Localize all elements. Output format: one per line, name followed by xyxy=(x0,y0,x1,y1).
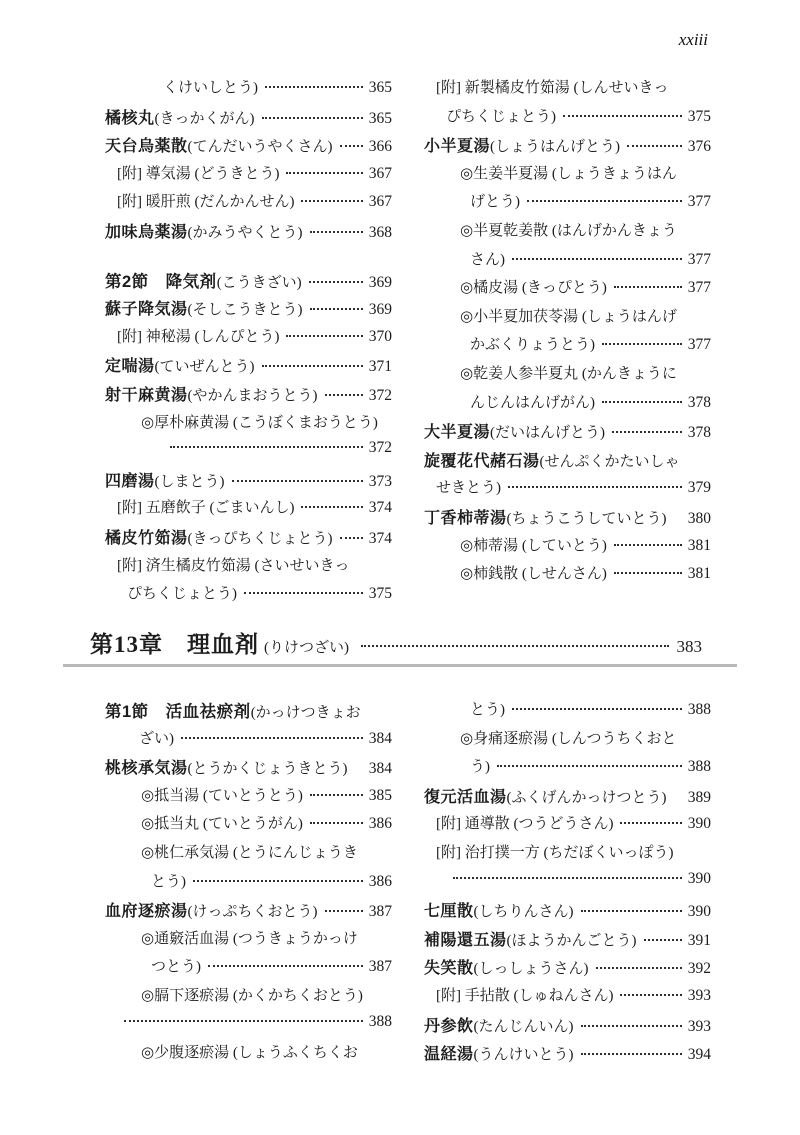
page-ref: 393 xyxy=(688,987,711,1005)
entry-text: (しちりんさん) xyxy=(474,900,574,921)
page-ref: 377 xyxy=(688,193,711,211)
entry-text: ◎桃仁承気湯 (とうにんじょうき xyxy=(141,841,358,862)
dot-leader xyxy=(244,592,363,594)
toc-line: ◎生姜半夏湯 (しょうきょうはん xyxy=(424,162,711,191)
toc-line: 失笑散 (しっしょうさん)392 xyxy=(424,955,711,984)
entry-text: [附] 済生橘皮竹筎湯 (さいせいきっ xyxy=(117,554,350,575)
toc-line: う)388 xyxy=(424,755,711,784)
dot-leader xyxy=(301,200,362,202)
page-ref: 372 xyxy=(369,387,392,405)
toc-line: [附] 暖肝煎 (だんかんせん)367 xyxy=(105,190,392,219)
toc-line: 大半夏湯 (だいはんげとう)378 xyxy=(424,419,711,448)
toc-line: さん)377 xyxy=(424,248,711,277)
page-ref: 389 xyxy=(688,789,711,807)
entry-text: さん) xyxy=(470,248,505,269)
toc-line: [附] 手拈散 (しゅねんさん)393 xyxy=(424,984,711,1013)
dot-leader xyxy=(124,1020,363,1022)
page-ref: 378 xyxy=(688,394,711,412)
entry-text: つとう) xyxy=(151,955,201,976)
entry-text: (うんけいとう) xyxy=(474,1043,574,1064)
page-ref: 385 xyxy=(369,787,392,805)
entry-text: とう) xyxy=(151,870,186,891)
chapter-title: 第13章 理血剤 xyxy=(90,626,259,659)
entry-text: げとう) xyxy=(470,190,520,211)
toc-line: とう)388 xyxy=(424,698,711,727)
toc-line: [附] 済生橘皮竹筎湯 (さいせいきっ xyxy=(105,554,392,583)
page-ref: 378 xyxy=(688,424,711,442)
entry-text: (かっけつきょお xyxy=(251,701,361,722)
entry-text: [附] 新製橘皮竹筎湯 (しんせいきっ xyxy=(436,76,669,97)
entry-name: 橘核丸 xyxy=(105,105,155,128)
page-ref: 367 xyxy=(369,193,392,211)
dot-leader xyxy=(596,967,682,969)
page-ref: 384 xyxy=(369,730,392,748)
entry-text: [附] 治打撲一方 (ちだぼくいっぽう) xyxy=(436,841,673,862)
page-ref: 393 xyxy=(688,1018,711,1036)
entry-text: [附] 五磨飲子 (ごまいんし) xyxy=(117,496,294,517)
entry-name: 七厘散 xyxy=(424,898,474,921)
entry-text: (そしこうきとう) xyxy=(188,298,303,319)
toc-column-bottom-left: 第1節 活血祛瘀剤 (かっけつきょおざい)384桃核承気湯 (とうかくじょうきと… xyxy=(105,698,392,1070)
entry-name: 大半夏湯 xyxy=(424,419,490,442)
entry-name: 失笑散 xyxy=(424,955,474,978)
page-ref: 377 xyxy=(688,336,711,354)
entry-text: (やかんまおうとう) xyxy=(188,384,318,405)
dot-leader xyxy=(301,506,362,508)
dot-leader xyxy=(508,486,682,488)
page-ref: 365 xyxy=(369,110,392,128)
page-ref: 388 xyxy=(688,701,711,719)
entry-name: 第2節 降気剤 xyxy=(105,268,217,292)
page-ref: 374 xyxy=(369,499,392,517)
toc-line: [附] 通導散 (つうどうさん)390 xyxy=(424,812,711,841)
entry-text: ◎生姜半夏湯 (しょうきょうはん xyxy=(460,162,677,183)
entry-name: 補陽還五湯 xyxy=(424,927,507,950)
entry-text: ◎厚朴麻黄湯 (こうぼくまおうとう) xyxy=(141,411,378,432)
dot-leader xyxy=(627,145,682,147)
entry-text: (せんぷくかたいしゃ xyxy=(540,450,680,471)
dot-leader xyxy=(262,365,363,367)
page-ref: 381 xyxy=(688,537,711,555)
page-ref: 373 xyxy=(369,473,392,491)
toc-line: ぴちくじょとう)375 xyxy=(105,582,392,611)
entry-text: う) xyxy=(470,755,490,776)
entry-name: 天台烏薬散 xyxy=(105,133,188,156)
toc-line: 丁香柿蒂湯 (ちょうこうしていとう)380 xyxy=(424,505,711,534)
entry-text: (てんだいうやくさん) xyxy=(188,135,333,156)
entry-text: (しょうはんげとう) xyxy=(490,135,620,156)
page-ref: 379 xyxy=(688,479,711,497)
dot-leader xyxy=(286,172,362,174)
toc-column-top-left: くけいしとう)365橘核丸 (きっかくがん)365天台烏薬散 (てんだいうやくさ… xyxy=(105,76,392,611)
toc-line: ◎身痛逐瘀湯 (しんつうちくおと xyxy=(424,727,711,756)
entry-name: 血府逐瘀湯 xyxy=(105,898,188,921)
toc-line: 復元活血湯 (ふくげんかっけつとう)389 xyxy=(424,784,711,813)
page-ref: 384 xyxy=(369,760,392,778)
dot-leader xyxy=(310,308,363,310)
page-number: xxiii xyxy=(679,30,708,50)
page-ref: 386 xyxy=(369,873,392,891)
page-ref: 390 xyxy=(688,903,711,921)
entry-text: (だいはんげとう) xyxy=(490,421,605,442)
entry-text: (とうかくじょうきとう) xyxy=(188,757,348,778)
entry-text: んじんはんげがん) xyxy=(470,391,595,412)
page-ref: 365 xyxy=(369,79,392,97)
dot-leader xyxy=(620,822,681,824)
dot-leader xyxy=(310,231,363,233)
entry-text: (けっぷちくおとう) xyxy=(188,900,318,921)
entry-name: 定喘湯 xyxy=(105,353,155,376)
entry-text: かぶくりょうとう) xyxy=(470,333,595,354)
toc-line: [附] 新製橘皮竹筎湯 (しんせいきっ xyxy=(424,76,711,105)
entry-text: [附] 通導散 (つうどうさん) xyxy=(436,812,613,833)
toc-line: とう)386 xyxy=(105,870,392,899)
entry-name: 温経湯 xyxy=(424,1041,474,1064)
entry-text: (きっぴちくじょとう) xyxy=(188,527,333,548)
toc-line: 橘核丸 (きっかくがん)365 xyxy=(105,105,392,134)
toc-line: 蘇子降気湯 (そしこうきとう)369 xyxy=(105,296,392,325)
dot-leader xyxy=(340,537,363,539)
toc-line: ◎柿蒂湯 (していとう)381 xyxy=(424,534,711,563)
entry-text: ざい) xyxy=(139,727,174,748)
page-ref: 388 xyxy=(688,758,711,776)
entry-text: [附] 神秘湯 (しんぴとう) xyxy=(117,325,279,346)
toc-line: ◎半夏乾姜散 (はんげかんきょう xyxy=(424,219,711,248)
entry-name: 射干麻黄湯 xyxy=(105,382,188,405)
entry-text: ぴちくじょとう) xyxy=(446,105,556,126)
toc-column-bottom-right: とう)388◎身痛逐瘀湯 (しんつうちくおとう)388復元活血湯 (ふくげんかっ… xyxy=(424,698,711,1070)
page-ref: 387 xyxy=(369,958,392,976)
toc-line: かぶくりょうとう)377 xyxy=(424,333,711,362)
entry-text: ◎身痛逐瘀湯 (しんつうちくおと xyxy=(460,727,677,748)
page-ref: 386 xyxy=(369,815,392,833)
toc-line: 天台烏薬散 (てんだいうやくさん)366 xyxy=(105,133,392,162)
dot-leader xyxy=(286,335,362,337)
dot-leader xyxy=(614,544,682,546)
page-ref: 377 xyxy=(688,251,711,269)
entry-text: ◎通竅活血湯 (つうきょうかっけ xyxy=(141,927,358,948)
page-ref: 367 xyxy=(369,165,392,183)
toc-column-top-right: [附] 新製橘皮竹筎湯 (しんせいきっぴちくじょとう)375小半夏湯 (しょうは… xyxy=(424,76,711,611)
toc-line: 旋覆花代赭石湯 (せんぷくかたいしゃ xyxy=(424,448,711,477)
toc-line: 七厘散 (しちりんさん)390 xyxy=(424,898,711,927)
dot-leader xyxy=(340,145,363,147)
toc-line: つとう)387 xyxy=(105,955,392,984)
entry-text: せきとう) xyxy=(436,476,501,497)
entry-text: ◎抵当丸 (ていとうがん) xyxy=(141,812,303,833)
page-ref: 372 xyxy=(369,439,392,457)
chapter-page-ref: 383 xyxy=(677,637,703,657)
entry-text: ◎半夏乾姜散 (はんげかんきょう xyxy=(460,219,677,240)
entry-name: 旋覆花代赭石湯 xyxy=(424,448,540,471)
toc-line: 橘皮竹筎湯 (きっぴちくじょとう)374 xyxy=(105,525,392,554)
page-ref: 369 xyxy=(369,274,392,292)
toc-line: 小半夏湯 (しょうはんげとう)376 xyxy=(424,133,711,162)
entry-name: 復元活血湯 xyxy=(424,784,507,807)
page-ref: 394 xyxy=(688,1046,711,1064)
page-ref: 392 xyxy=(688,960,711,978)
dot-leader xyxy=(527,200,682,202)
toc-line: ◎厚朴麻黄湯 (こうぼくまおうとう) xyxy=(105,411,392,440)
toc-line: ◎柿銭散 (しせんさん)381 xyxy=(424,562,711,591)
toc-line: ◎乾姜人参半夏丸 (かんきょうに xyxy=(424,362,711,391)
dot-leader xyxy=(512,708,682,710)
entry-text: (ちょうこうしていとう) xyxy=(507,507,667,528)
entry-text: (かみうやくとう) xyxy=(188,221,303,242)
toc-line: ◎橘皮湯 (きっぴとう)377 xyxy=(424,276,711,305)
dot-leader xyxy=(453,877,682,879)
toc-line: げとう)377 xyxy=(424,190,711,219)
entry-text: ◎柿蒂湯 (していとう) xyxy=(460,534,607,555)
dot-leader xyxy=(581,1025,682,1027)
dot-leader xyxy=(614,572,682,574)
entry-name: 橘皮竹筎湯 xyxy=(105,525,188,548)
page-ref: 376 xyxy=(688,138,711,156)
dot-leader xyxy=(602,343,682,345)
toc-line: 加味烏薬湯 (かみうやくとう)368 xyxy=(105,219,392,248)
dot-leader xyxy=(262,117,363,119)
page-ref: 391 xyxy=(688,932,711,950)
toc-line: ぴちくじょとう)375 xyxy=(424,105,711,134)
book-page: xxiii くけいしとう)365橘核丸 (きっかくがん)365天台烏薬散 (てん… xyxy=(0,0,800,1135)
dot-leader xyxy=(620,994,681,996)
section-divider-rule xyxy=(63,664,737,667)
toc-section-line: 第1節 活血祛瘀剤 (かっけつきょお xyxy=(105,698,392,727)
entry-text: (こうきざい) xyxy=(217,271,302,292)
dot-leader xyxy=(563,115,682,117)
entry-text: [附] 手拈散 (しゅねんさん) xyxy=(436,984,613,1005)
toc-line: ざい)384 xyxy=(105,727,392,756)
entry-text: (きっかくがん) xyxy=(155,107,255,128)
toc-line: ◎小半夏加茯苓湯 (しょうはんげ xyxy=(424,305,711,334)
toc-line: ◎膈下逐瘀湯 (かくかちくおとう) xyxy=(105,984,392,1013)
toc-line: 四磨湯 (しまとう)373 xyxy=(105,468,392,497)
entry-text: ◎少腹逐瘀湯 (しょうふくちくお xyxy=(141,1041,358,1062)
chapter-heading: 第13章 理血剤 (りけつざい) 383 xyxy=(90,626,702,659)
entry-text: (たんじんいん) xyxy=(474,1015,574,1036)
page-ref: 387 xyxy=(369,903,392,921)
page-ref: 366 xyxy=(369,138,392,156)
page-ref: 377 xyxy=(688,279,711,297)
entry-text: ◎乾姜人参半夏丸 (かんきょうに xyxy=(460,362,677,383)
entry-text: とう) xyxy=(470,698,505,719)
entry-name: 蘇子降気湯 xyxy=(105,296,188,319)
entry-name: 丁香柿蒂湯 xyxy=(424,505,507,528)
entry-text: (しまとう) xyxy=(155,470,225,491)
dot-leader xyxy=(193,880,363,882)
dot-leader xyxy=(232,480,363,482)
toc-line: 桃核承気湯 (とうかくじょうきとう)384 xyxy=(105,755,392,784)
chapter-reading: (りけつざい) xyxy=(264,636,349,657)
dot-leader xyxy=(644,939,682,941)
toc-line: 丹参飲 (たんじんいん)393 xyxy=(424,1013,711,1042)
page-ref: 371 xyxy=(369,358,392,376)
toc-line: [附] 五磨飲子 (ごまいんし)374 xyxy=(105,496,392,525)
entry-text: ◎抵当湯 (ていとうとう) xyxy=(141,784,303,805)
toc-line: [附] 治打撲一方 (ちだぼくいっぽう) xyxy=(424,841,711,870)
toc-line: 372 xyxy=(105,439,392,468)
toc-line: 補陽還五湯 (ほようかんごとう)391 xyxy=(424,927,711,956)
dot-leader xyxy=(581,910,682,912)
toc-line: 388 xyxy=(105,1013,392,1042)
toc-line: ◎抵当丸 (ていとうがん)386 xyxy=(105,812,392,841)
entry-name: 第1節 活血祛瘀剤 xyxy=(105,698,251,722)
dot-leader xyxy=(265,86,363,88)
entry-text: (ていぜんとう) xyxy=(155,355,255,376)
toc-line: ◎少腹逐瘀湯 (しょうふくちくお xyxy=(105,1041,392,1070)
page-ref: 375 xyxy=(688,108,711,126)
toc-line: くけいしとう)365 xyxy=(105,76,392,105)
dot-leader xyxy=(497,765,682,767)
dot-leader xyxy=(361,645,669,647)
toc-section-line: 第2節 降気剤 (こうきざい)369 xyxy=(105,268,392,297)
entry-text: ◎小半夏加茯苓湯 (しょうはんげ xyxy=(460,305,677,326)
page-ref: 388 xyxy=(369,1013,392,1031)
dot-leader xyxy=(581,1053,682,1055)
dot-leader xyxy=(512,258,682,260)
entry-text: ◎膈下逐瘀湯 (かくかちくおとう) xyxy=(141,984,363,1005)
page-ref: 374 xyxy=(369,530,392,548)
dot-leader xyxy=(309,281,363,283)
entry-name: 四磨湯 xyxy=(105,468,155,491)
toc-line: [附] 導気湯 (どうきとう)367 xyxy=(105,162,392,191)
entry-text: (ほようかんごとう) xyxy=(507,929,637,950)
toc-line: [附] 神秘湯 (しんぴとう)370 xyxy=(105,325,392,354)
entry-text: ◎柿銭散 (しせんさん) xyxy=(460,562,607,583)
entry-name: 加味烏薬湯 xyxy=(105,219,188,242)
page-ref: 381 xyxy=(688,565,711,583)
dot-leader xyxy=(181,737,363,739)
dot-leader xyxy=(612,431,682,433)
page-ref: 390 xyxy=(688,815,711,833)
page-ref: 368 xyxy=(369,224,392,242)
dot-leader xyxy=(602,401,682,403)
page-ref: 370 xyxy=(369,328,392,346)
dot-leader xyxy=(325,910,363,912)
page-ref: 380 xyxy=(688,510,711,528)
toc-line: 定喘湯 (ていぜんとう)371 xyxy=(105,353,392,382)
toc-line: 390 xyxy=(424,870,711,899)
toc-bottom-section: 第1節 活血祛瘀剤 (かっけつきょおざい)384桃核承気湯 (とうかくじょうきと… xyxy=(105,698,711,1070)
dot-leader xyxy=(310,822,363,824)
dot-leader xyxy=(310,794,363,796)
entry-text: (ふくげんかっけつとう) xyxy=(507,786,667,807)
entry-text: [附] 導気湯 (どうきとう) xyxy=(117,162,279,183)
toc-line: んじんはんげがん)378 xyxy=(424,391,711,420)
toc-line: ◎桃仁承気湯 (とうにんじょうき xyxy=(105,841,392,870)
page-ref: 390 xyxy=(688,870,711,888)
dot-leader xyxy=(208,965,363,967)
entry-text: くけいしとう) xyxy=(163,76,258,97)
entry-text: ぴちくじょとう) xyxy=(127,582,237,603)
toc-line: せきとう)379 xyxy=(424,476,711,505)
entry-name: 小半夏湯 xyxy=(424,133,490,156)
entry-text: ◎橘皮湯 (きっぴとう) xyxy=(460,276,607,297)
toc-line: 温経湯 (うんけいとう)394 xyxy=(424,1041,711,1070)
entry-text: [附] 暖肝煎 (だんかんせん) xyxy=(117,190,294,211)
entry-text: (しっしょうさん) xyxy=(474,957,589,978)
page-ref: 375 xyxy=(369,585,392,603)
dot-leader xyxy=(614,286,682,288)
entry-name: 桃核承気湯 xyxy=(105,755,188,778)
toc-line: ◎通竅活血湯 (つうきょうかっけ xyxy=(105,927,392,956)
dot-leader xyxy=(325,394,363,396)
entry-name: 丹参飲 xyxy=(424,1013,474,1036)
dot-leader xyxy=(170,446,363,448)
toc-line: 射干麻黄湯 (やかんまおうとう)372 xyxy=(105,382,392,411)
toc-top-section: くけいしとう)365橘核丸 (きっかくがん)365天台烏薬散 (てんだいうやくさ… xyxy=(105,76,711,611)
page-ref: 369 xyxy=(369,301,392,319)
toc-line: 血府逐瘀湯 (けっぷちくおとう)387 xyxy=(105,898,392,927)
toc-line: ◎抵当湯 (ていとうとう)385 xyxy=(105,784,392,813)
